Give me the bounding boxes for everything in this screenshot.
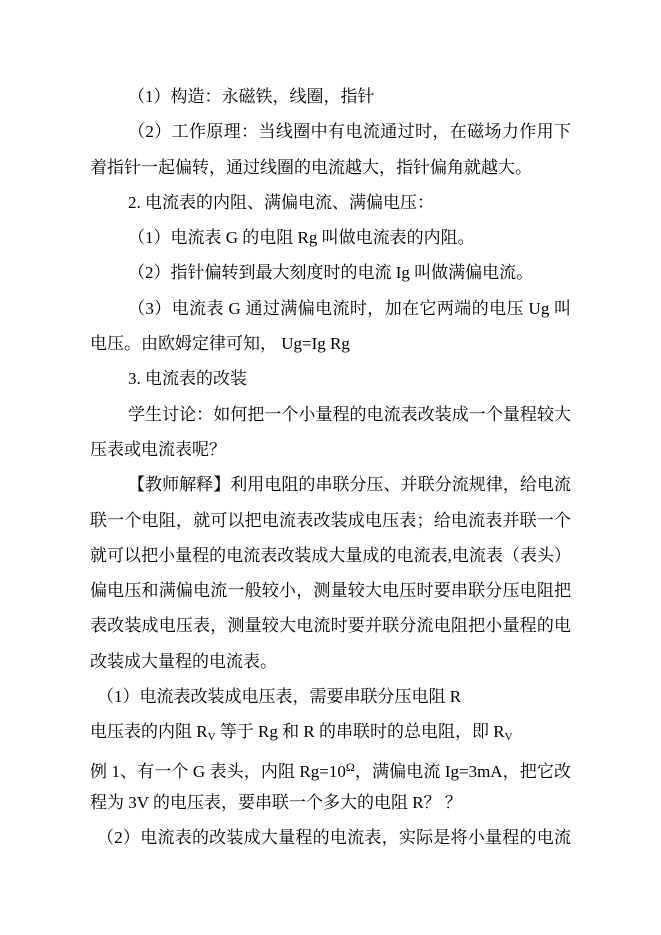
- text-run: （2）指针偏转到最大刻度时的电流 Ig 叫做满偏电流。: [128, 263, 533, 282]
- text-line: （3）电流表 G 通过满偏电流时，加在它两端的电压 Ug 叫做满偏: [90, 291, 571, 326]
- text-run: 3. 电流表的改装: [128, 369, 247, 388]
- text-run: 等于 Rg 和 R 的串联时的总电阻，即 R: [216, 722, 505, 741]
- text-run: 改装成大量程的电流表。: [90, 652, 277, 671]
- text-line: 就可以把小量程的电流表改装成大量成的电流表,电流表（表头）的满: [90, 538, 571, 573]
- text-run: （3）电流表 G 通过满偏电流时，加在它两端的电压 Ug 叫做满偏: [128, 299, 571, 326]
- document-page: （1）构造：永磁铁，线圈，指针（2）工作原理：当线圈中有电流通过时，在磁场力作用…: [0, 0, 661, 935]
- text-line: 改装成大量程的电流表。: [90, 644, 571, 679]
- text-run: 压表或电流表呢？: [90, 440, 226, 459]
- text-line: （2）电流表的改装成大量程的电流表，实际是将小量程的电流表扩大: [90, 820, 571, 855]
- text-line: 联一个电阻，就可以把电流表改装成电压表；给电流表并联一个电阻，: [90, 503, 571, 538]
- text-line: 程为 3V 的电压表，要串联一个多大的电阻 R？ ？: [90, 785, 571, 820]
- text-run: 表改装成电压表，测量较大电流时要并联分流电阻把小量程的电流表: [90, 616, 571, 643]
- text-run: （2）工作原理：当线圈中有电流通过时，在磁场力作用下线圈带: [128, 122, 571, 149]
- text-line: 2. 电流表的内阻、满偏电流、满偏电压：: [90, 185, 571, 220]
- text-line: 表改装成电压表，测量较大电流时要并联分流电阻把小量程的电流表: [90, 608, 571, 643]
- text-run: （1）构造：永磁铁，线圈，指针: [128, 87, 375, 106]
- text-run: （1）电流表 G 的电阻 Rg 叫做电流表的内阻。: [128, 228, 475, 247]
- text-line: （2）工作原理：当线圈中有电流通过时，在磁场力作用下线圈带: [90, 114, 571, 149]
- text-line: （1）构造：永磁铁，线圈，指针: [90, 79, 571, 114]
- text-line: 【教师解释】利用电阻的串联分压、并联分流规律，给电流表串: [90, 467, 571, 502]
- text-line: 压表或电流表呢？: [90, 432, 571, 467]
- text-line: 着指针一起偏转，通过线圈的电流越大，指针偏角就越大。: [90, 150, 571, 185]
- text-run: 例 1、有一个 G 表头，内阻 Rg=10: [90, 762, 346, 781]
- text-run: 程为 3V 的电压表，要串联一个多大的电阻 R？ ？: [90, 793, 462, 812]
- sub-text-run: V: [505, 731, 513, 743]
- text-line: 3. 电流表的改装: [90, 361, 571, 396]
- text-run: 着指针一起偏转，通过线圈的电流越大，指针偏角就越大。: [90, 158, 532, 177]
- text-line: 电压表的内阻 RV 等于 Rg 和 R 的串联时的总电阻，即 RV =Rg+R。: [90, 714, 571, 749]
- text-run: 就可以把小量程的电流表改装成大量成的电流表,电流表（表头）的满: [90, 546, 571, 573]
- text-run: 电压表的内阻 R: [90, 722, 208, 741]
- text-run: 【教师解释】利用电阻的串联分压、并联分流规律，给电流表串: [128, 475, 571, 502]
- text-run: （2）电流表的改装成大量程的电流表，实际是将小量程的电流表扩大: [97, 828, 571, 855]
- sub-text-run: V: [208, 731, 216, 743]
- text-run: 偏电压和满偏电流一般较小，测量较大电压时要串联分压电阻把电流: [90, 581, 571, 608]
- text-run: （1）电流表改装成电压表，需要串联分压电阻 R: [97, 687, 461, 706]
- sup-text-run: Ω: [346, 760, 355, 774]
- text-line: （1）电流表改装成电压表，需要串联分压电阻 R: [90, 679, 571, 714]
- text-run: 电压。由欧姆定律可知， Ug=Ig Rg: [90, 334, 350, 353]
- text-run: 学生讨论：如何把一个小量程的电流表改装成一个量程较大的电: [128, 405, 571, 432]
- text-run: 2. 电流表的内阻、满偏电流、满偏电压：: [128, 193, 434, 212]
- text-line: 电压。由欧姆定律可知， Ug=Ig Rg: [90, 326, 571, 361]
- text-line: 学生讨论：如何把一个小量程的电流表改装成一个量程较大的电: [90, 397, 571, 432]
- text-line: （1）电流表 G 的电阻 Rg 叫做电流表的内阻。: [90, 220, 571, 255]
- text-line: 例 1、有一个 G 表头，内阻 Rg=10Ω，满偏电流 Ig=3mA，把它改装成…: [90, 750, 571, 785]
- text-line: （2）指针偏转到最大刻度时的电流 Ig 叫做满偏电流。: [90, 255, 571, 290]
- text-line: 偏电压和满偏电流一般较小，测量较大电压时要串联分压电阻把电流: [90, 573, 571, 608]
- text-run: 联一个电阻，就可以把电流表改装成电压表；给电流表并联一个电阻，: [90, 511, 571, 538]
- text-block: （1）构造：永磁铁，线圈，指针（2）工作原理：当线圈中有电流通过时，在磁场力作用…: [90, 79, 571, 856]
